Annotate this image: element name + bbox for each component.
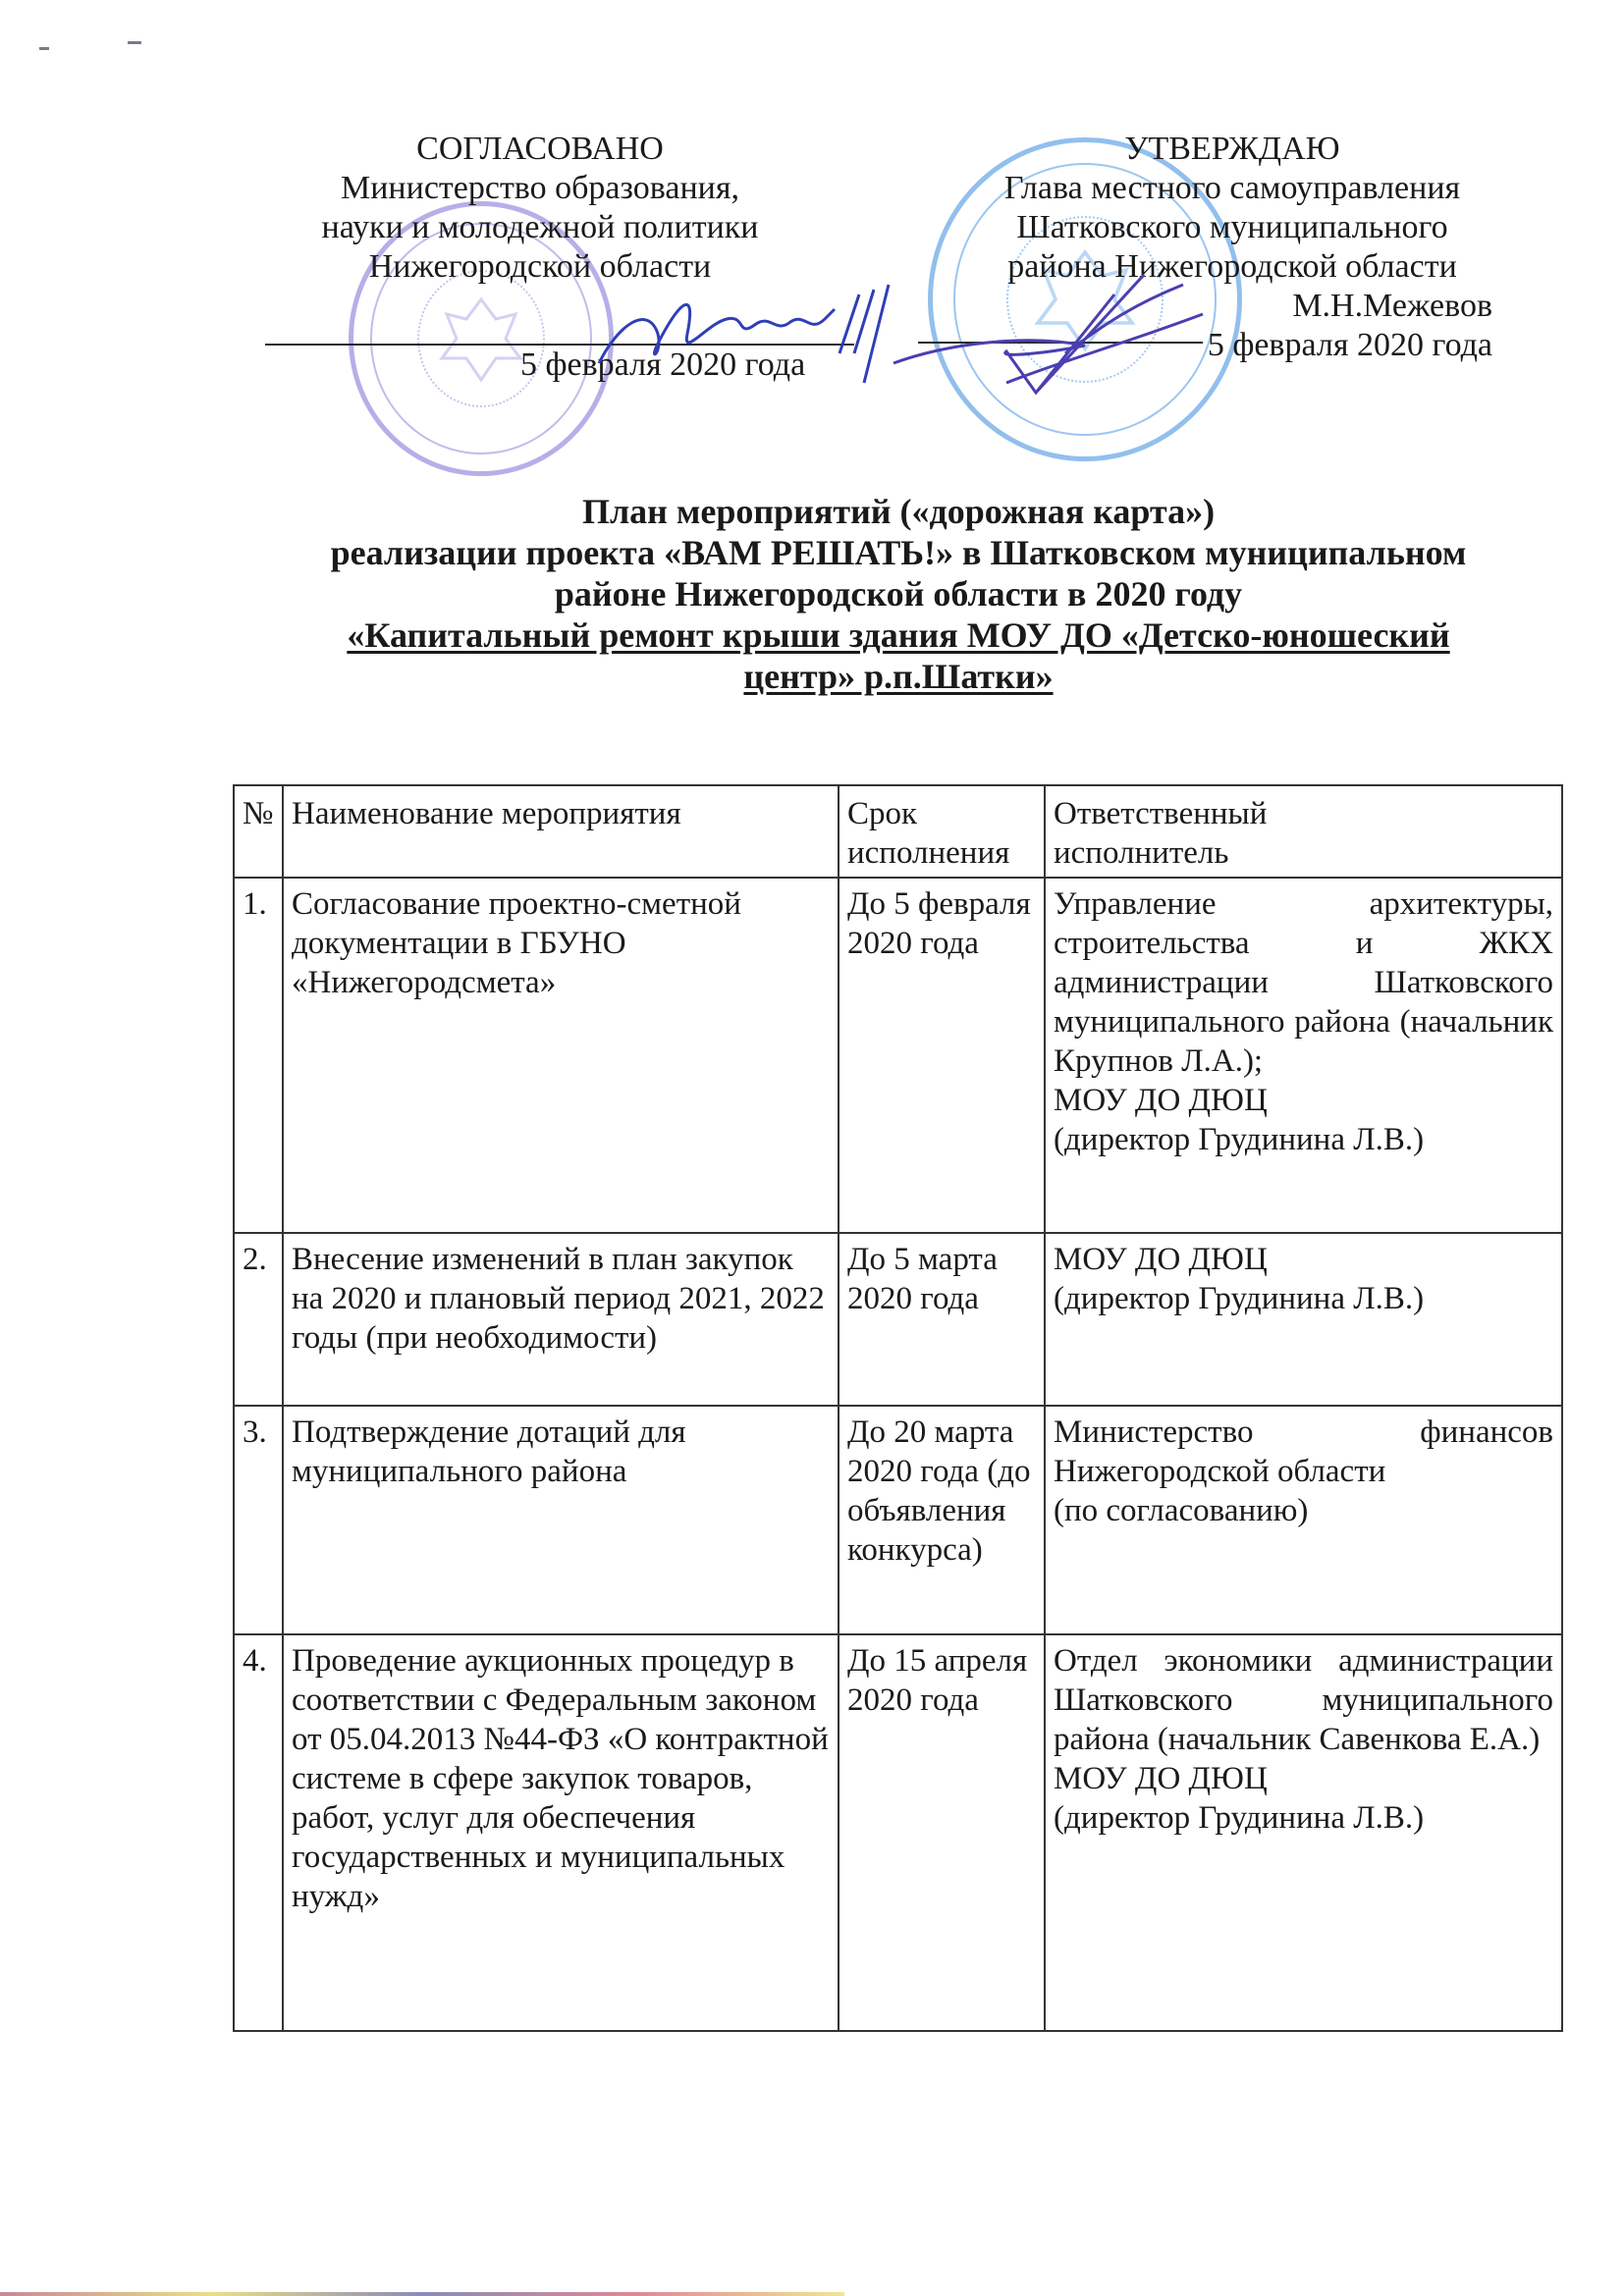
signature-icon bbox=[889, 236, 1213, 412]
scan-artifacts bbox=[39, 39, 157, 59]
row-name: Подтверждение дотаций для муниципального… bbox=[283, 1406, 839, 1634]
row-num: 1. bbox=[234, 878, 283, 1233]
row-responsible: Отдел экономики администрации Шатковског… bbox=[1045, 1634, 1562, 2031]
header-name: Наименование мероприятия bbox=[283, 785, 839, 878]
row-term: До 5 февраля 2020 года bbox=[839, 878, 1045, 1233]
table-row: 1. Согласование проектно-сметной докумен… bbox=[234, 878, 1562, 1233]
agreed-line: науки и молодежной политики bbox=[265, 208, 815, 247]
row-num: 3. bbox=[234, 1406, 283, 1634]
project-name: центр» р.п.Шатки» bbox=[743, 657, 1053, 696]
title-line: План мероприятий («дорожная карта») bbox=[236, 491, 1561, 532]
row-term: До 15 апреля 2020 года bbox=[839, 1634, 1045, 2031]
row-num: 4. bbox=[234, 1634, 283, 2031]
table-row: 3. Подтверждение дотаций для муниципальн… bbox=[234, 1406, 1562, 1634]
agreed-block: СОГЛАСОВАНО Министерство образования, на… bbox=[265, 130, 815, 287]
title-line: реализации проекта «ВАМ РЕШАТЬ!» в Шатко… bbox=[236, 532, 1561, 573]
header-term: Срок исполнения bbox=[839, 785, 1045, 878]
row-term: До 5 марта 2020 года bbox=[839, 1233, 1045, 1406]
row-term: До 20 марта 2020 года (до объявления кон… bbox=[839, 1406, 1045, 1634]
row-num: 2. bbox=[234, 1233, 283, 1406]
approved-line: Глава местного самоуправления bbox=[972, 169, 1492, 208]
roadmap-table: № Наименование мероприятия Срок исполнен… bbox=[233, 784, 1563, 2032]
project-name: «Капитальный ремонт крыши здания МОУ ДО … bbox=[347, 615, 1449, 655]
table-row: 4. Проведение аукционных процедур в соот… bbox=[234, 1634, 1562, 2031]
scan-edge bbox=[0, 2292, 844, 2296]
row-responsible: Управление архитектуры, строительства и … bbox=[1045, 878, 1562, 1233]
approved-heading: УТВЕРЖДАЮ bbox=[972, 130, 1492, 169]
row-responsible: МОУ ДО ДЮЦ (директор Грудинина Л.В.) bbox=[1045, 1233, 1562, 1406]
row-name: Внесение изменений в план закупок на 202… bbox=[283, 1233, 839, 1406]
table-row: 2. Внесение изменений в план закупок на … bbox=[234, 1233, 1562, 1406]
table-header-row: № Наименование мероприятия Срок исполнен… bbox=[234, 785, 1562, 878]
title-line: районе Нижегородской области в 2020 году bbox=[236, 573, 1561, 614]
agreed-heading: СОГЛАСОВАНО bbox=[265, 130, 815, 169]
row-name: Согласование проектно-сметной документац… bbox=[283, 878, 839, 1233]
row-responsible: Министерство финансов Нижегородской обла… bbox=[1045, 1406, 1562, 1634]
document-title: План мероприятий («дорожная карта») реал… bbox=[236, 491, 1561, 697]
agreed-line: Министерство образования, bbox=[265, 169, 815, 208]
header-num: № bbox=[234, 785, 283, 878]
signature-icon bbox=[589, 265, 893, 402]
header-responsible: Ответственный исполнитель bbox=[1045, 785, 1562, 878]
row-name: Проведение аукционных процедур в соответ… bbox=[283, 1634, 839, 2031]
